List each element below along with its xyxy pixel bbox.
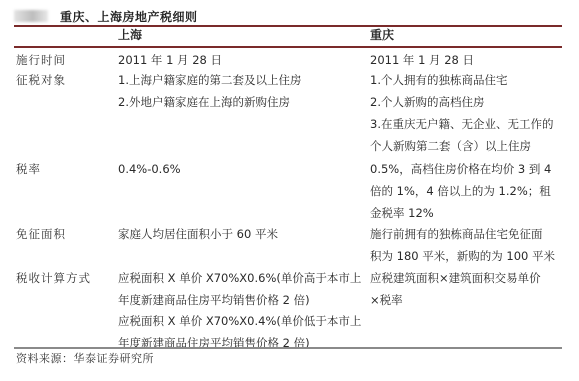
chongqing-tax-rate-line: 倍的 1%，4 倍以上的为 1.2%；租 (370, 183, 551, 199)
header-rule (14, 46, 562, 48)
chongqing-tax-object-line: 3.在重庆无户籍、无企业、无工作的 (370, 116, 553, 132)
chongqing-effective-date: 2011 年 1 月 28 日 (370, 52, 474, 68)
chongqing-tax-object-line: 1.个人拥有的独栋商品住宅 (370, 72, 507, 88)
chongqing-tax-rate-line: 金税率 12% (370, 205, 434, 221)
top-rule (14, 25, 562, 27)
row-label-exempt-area: 免征面积 (16, 226, 66, 242)
header-chongqing: 重庆 (370, 27, 394, 43)
table-title-row: 重庆、上海房地产税细则 (14, 6, 198, 26)
row-label-tax-rate: 税率 (16, 161, 41, 177)
bottom-rule (14, 347, 562, 349)
shanghai-calculation-line: 年度新建商品住房平均销售价格 2 倍) (118, 292, 310, 308)
chongqing-tax-object-line: 个人新购第二套（含）以上住房 (370, 138, 531, 154)
chongqing-calculation-line: 应税建筑面积×建筑面积交易单价 (370, 270, 541, 286)
chongqing-exempt-area-line: 积为 180 平米，新购的为 100 平米 (370, 248, 555, 264)
chongqing-tax-rate-line: 0.5%，高档住房价格在均价 3 到 4 (370, 161, 551, 177)
header-shanghai: 上海 (118, 27, 142, 43)
shanghai-tax-rate: 0.4%-0.6% (118, 161, 181, 177)
shanghai-calculation-line: 应税面积 X 单价 X70%X0.4%(单价低于本市上 (118, 313, 361, 329)
chongqing-exempt-area-line: 施行前拥有的独栋商品住宅免征面 (370, 226, 543, 242)
row-label-tax-object: 征税对象 (16, 72, 66, 88)
chongqing-calculation-line: ×税率 (370, 292, 403, 308)
shanghai-tax-object-line: 2.外地户籍家庭在上海的新购住房 (118, 94, 290, 110)
source-note: 资料来源：华泰证券研究所 (16, 350, 154, 366)
shanghai-calculation-line: 年度新建商品住房平均销售价格 2 倍) (118, 335, 310, 351)
shanghai-effective-date: 2011 年 1 月 28 日 (118, 52, 222, 68)
row-label-effective-date: 施行时间 (16, 52, 66, 68)
row-label-calculation-method: 税收计算方式 (16, 270, 91, 286)
shanghai-exempt-area: 家庭人均居住面积小于 60 平米 (118, 226, 278, 242)
shanghai-calculation-line: 应税面积 X 单价 X70%X0.6%(单价高于本市上 (118, 270, 361, 286)
blurred-figure-label (14, 10, 48, 22)
table-title: 重庆、上海房地产税细则 (60, 8, 198, 25)
chongqing-tax-object-line: 2.个人新购的高档住房 (370, 94, 484, 110)
shanghai-tax-object-line: 1.上海户籍家庭的第二套及以上住房 (118, 72, 301, 88)
